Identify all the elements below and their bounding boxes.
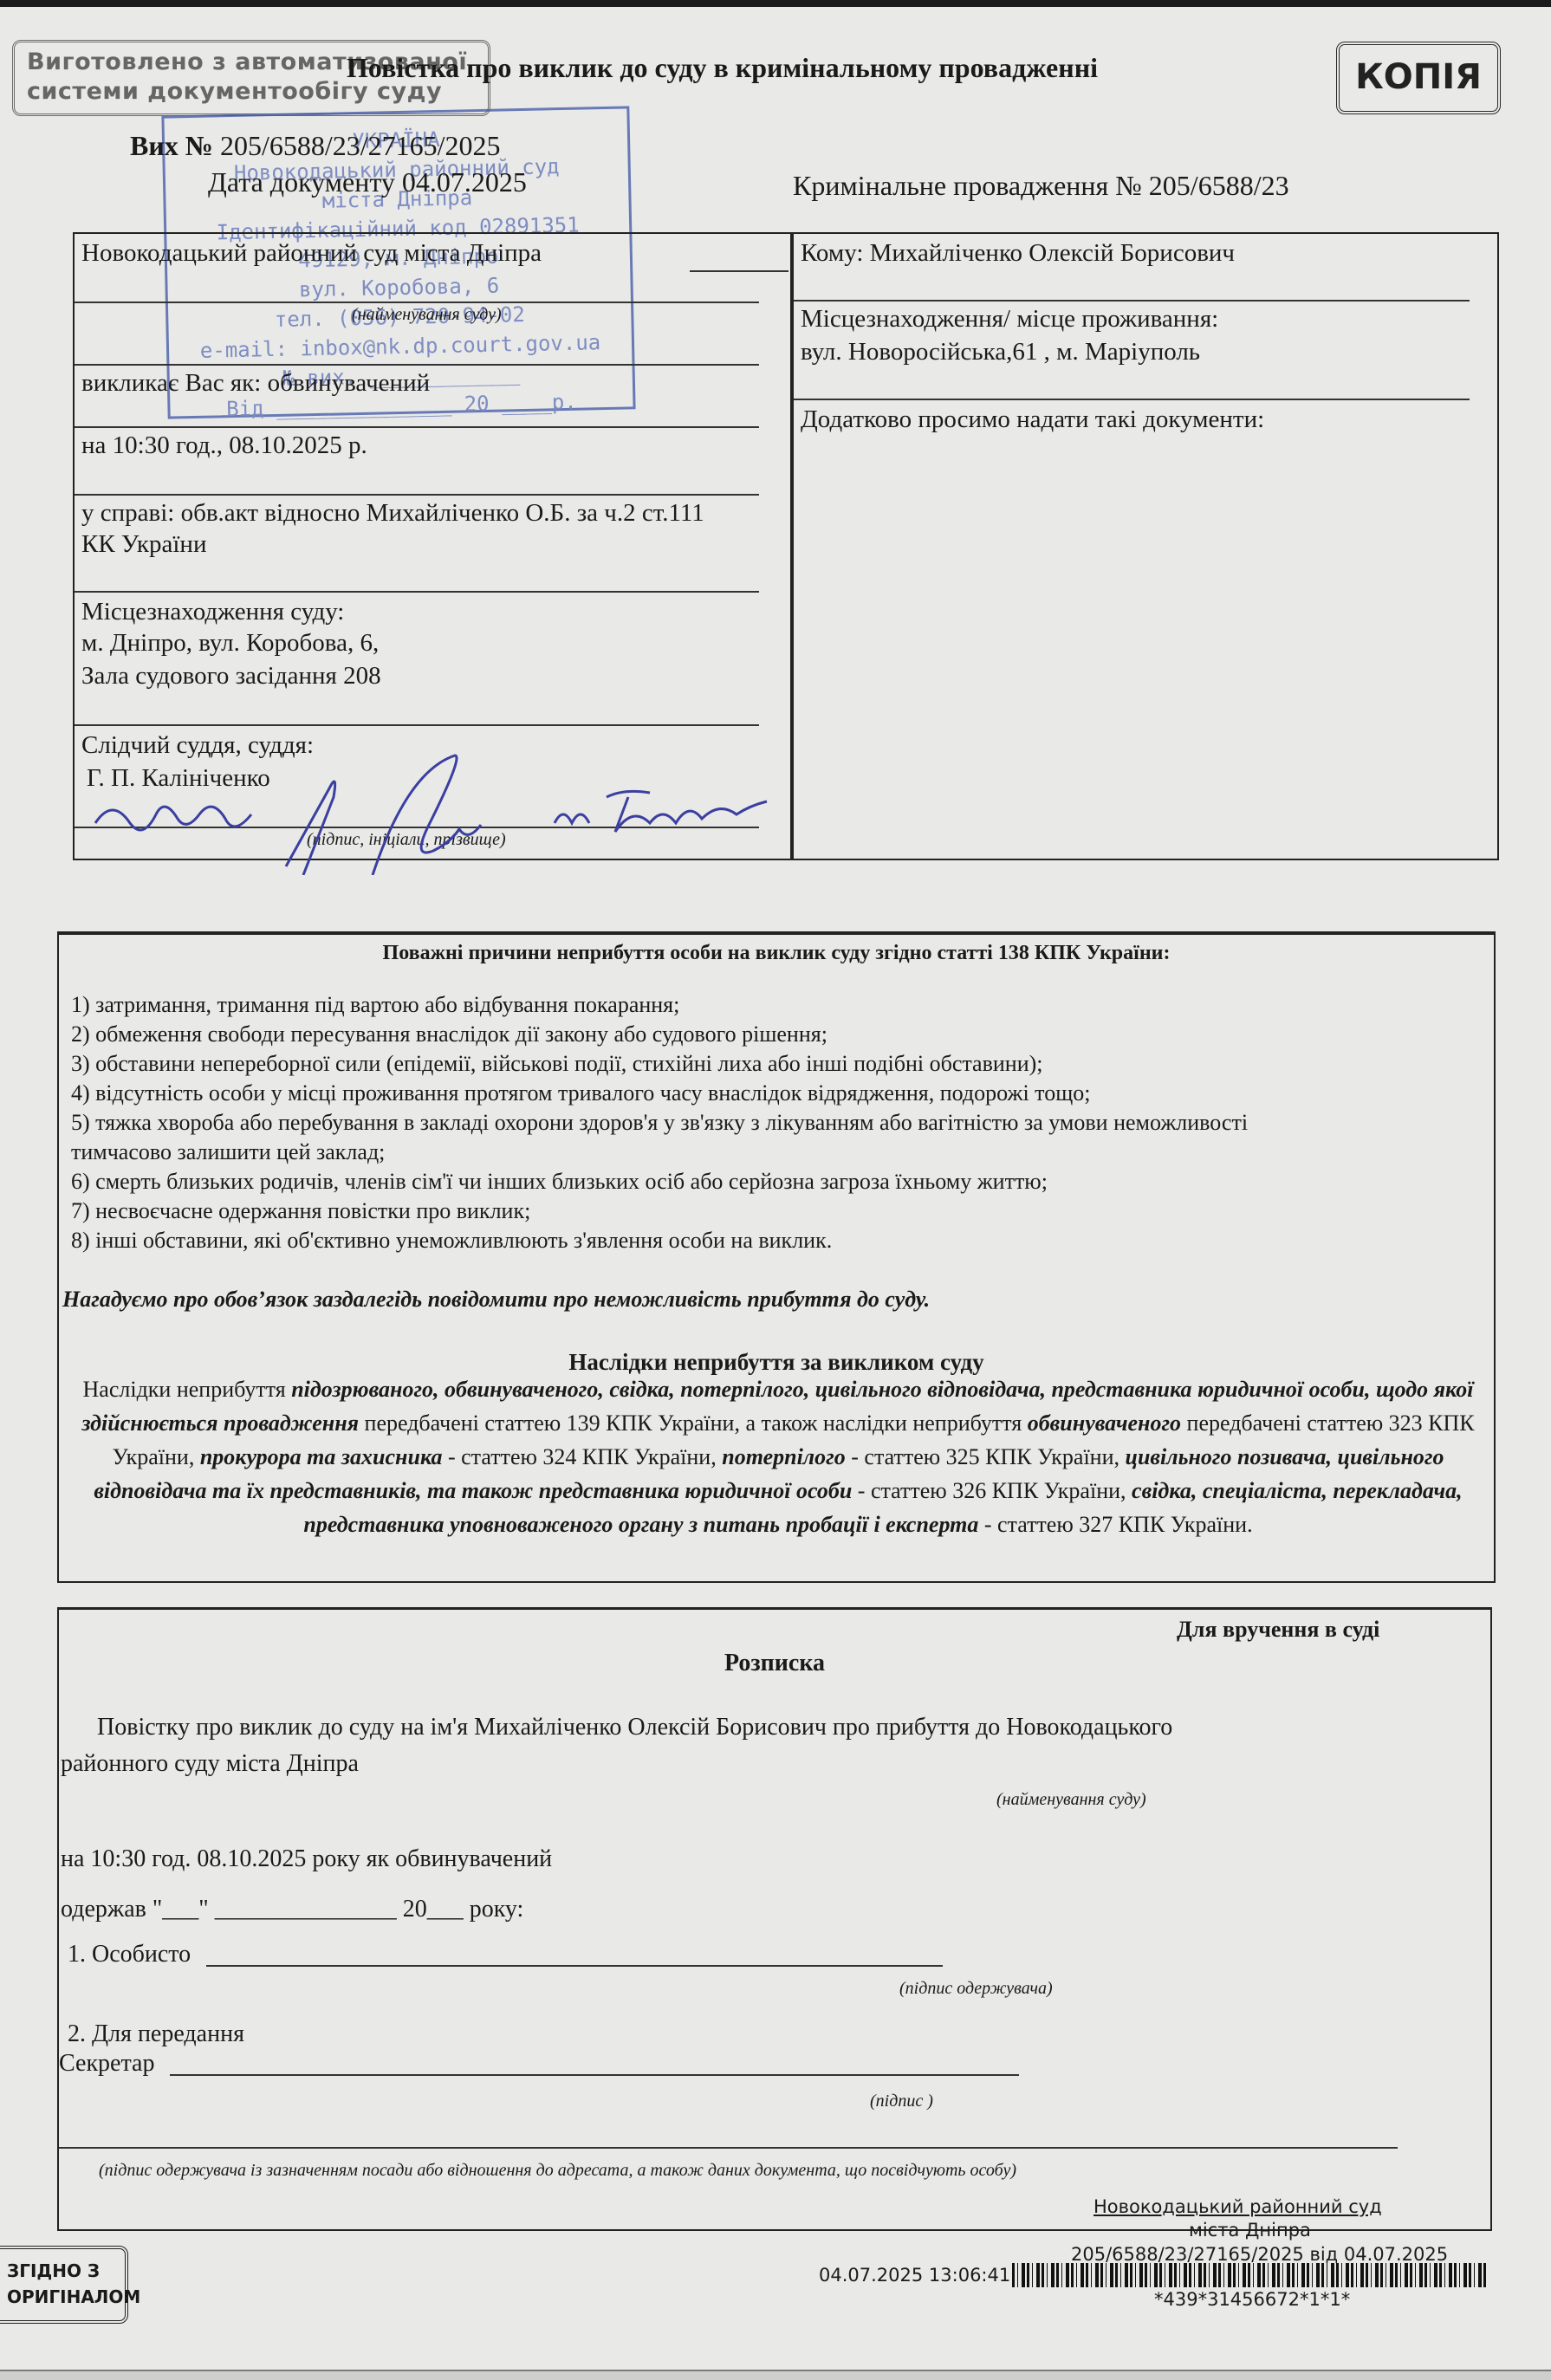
secretary-label: Секретар [59,2050,154,2078]
reason-item: 3) обставини непереборної сили (епідемії… [71,1051,1043,1077]
stamp-line: ЗГІДНО З [7,2258,125,2284]
for-transfer-label: 2. Для передання [68,2020,244,2048]
secretary-signature-caption: (підпис ) [870,2091,933,2111]
recipient-address: вул. Новоросійська,61 , м. Маріуполь [801,338,1200,366]
consequences-text: Наслідки неприбуття підозрюваного, обвин… [68,1372,1489,1541]
footer-timestamp: 04.07.2025 13:06:41 [819,2265,1010,2286]
court-location-label: Місцезнаходження суду: [81,598,344,626]
case-description-2: КК України [81,530,206,559]
copy-stamp: КОПІЯ [1336,42,1501,114]
barcode [1012,2263,1489,2287]
footer-court-name: Новокодацький районний суд [1093,2196,1382,2217]
recipient-address-label: Місцезнаходження/ місце проживання: [801,305,1218,334]
reminder-note: Нагадуємо про обов’язок заздалегідь пові… [62,1287,930,1313]
receipt-line1: Повістку про виклик до суду на ім'я Миха… [97,1714,1172,1741]
receipt-section: Для вручення в суді Розписка Повістку пр… [57,1607,1492,2231]
handwritten-signature: секретар В. В. Палюта [87,754,797,875]
for-court-delivery: Для вручення в суді [1177,1617,1379,1643]
certified-copy-stamp: ЗГІДНО З ОРИГІНАЛОМ [0,2246,128,2324]
footer-registration: 205/6588/23/27165/2025 від 04.07.2025 [1071,2244,1448,2265]
court-location-line1: м. Дніпро, вул. Коробова, 6, [81,629,379,658]
reason-item: тимчасово залишити цей заклад; [71,1139,385,1165]
receipt-bottom-caption: (підпис одержувача із зазначенням посади… [99,2161,1016,2181]
consequences-run: - статтею 327 КПК України. [978,1512,1252,1537]
outgoing-label: Вих № [130,130,213,161]
photo-top-edge [0,0,1551,7]
summons-role: викликає Вас як: обвинувачений [81,369,430,398]
footer-court-city: міста Дніпра [1189,2220,1311,2241]
court-name-caption: (найменування суду) [352,305,502,325]
outgoing-value: 205/6588/23/27165/2025 [220,130,501,161]
personally-label: 1. Особисто [68,1941,191,1968]
court-caption: (найменування суду) [996,1790,1146,1810]
document-date: Дата документу 04.07.2025 [208,166,527,198]
documents-label: Додатково просимо надати такі документи: [801,405,1264,434]
received-date-line: одержав "___" _______________ 20___ року… [61,1896,523,1923]
consequences-run: обвинуваченого [1028,1410,1181,1436]
receipt-time: на 10:30 год. 08.10.2025 року як обвинув… [61,1845,552,1873]
consequences-run: Наслідки неприбуття [83,1377,292,1402]
receipt-title: Розписка [59,1650,1490,1677]
reason-item: 2) обмеження свободи пересування внаслід… [71,1021,827,1047]
recipient-name: Кому: Михайліченко Олексій Борисович [801,239,1235,268]
consequences-run: прокурора та захисника [200,1444,443,1469]
reason-item: 4) відсутність особи у місці проживання … [71,1080,1090,1106]
hearing-time: на 10:30 год., 08.10.2025 р. [81,431,367,460]
barcode-text: *439*31456672*1*1* [1154,2289,1350,2310]
receipt-line2: районного суду міста Дніпра [61,1750,359,1778]
summons-right-panel: Кому: Михайліченко Олексій Борисович Міс… [792,232,1499,860]
page-title: Повістка про виклик до суду в кримінальн… [347,52,1098,84]
consequences-run: - статтею 324 КПК України, [442,1444,722,1469]
consequences-run: потерпілого [722,1444,846,1469]
reason-item: 6) смерть близьких родичів, членів сім'ї… [71,1169,1048,1195]
reason-item: 5) тяжка хвороба або перебування в закла… [71,1110,1248,1136]
criminal-case-number: Кримінальне провадження № 205/6588/23 [793,170,1289,202]
reason-item: 1) затримання, тримання під вартою або в… [71,992,679,1018]
consequences-run: - статтею 325 КПК України, [846,1444,1126,1469]
reasons-heading: Поважні причини неприбуття особи на викл… [59,942,1494,965]
court-name: Новокодацький районний суд міста Дніпра [81,239,542,268]
recipient-signature-caption: (підпис одержувача) [899,1979,1053,1999]
reason-item: 7) несвоєчасне одержання повістки про ви… [71,1198,530,1224]
consequences-run: передбачені статтею 139 КПК України, а т… [359,1410,1028,1436]
reason-item: 8) інші обставини, які об'єктивно унемож… [71,1228,832,1254]
court-location-line2: Зала судового засідання 208 [81,662,381,691]
case-description: у справі: обв.акт відносно Михайліченко … [81,499,704,528]
photo-bottom-edge [0,2370,1551,2380]
outgoing-number: Вих № 205/6588/23/27165/2025 [130,130,501,162]
valid-reasons-section: Поважні причини неприбуття особи на викл… [57,931,1496,1583]
stamp-line: ОРИГІНАЛОМ [7,2284,125,2310]
consequences-run: - статтею 326 КПК України, [852,1478,1132,1503]
